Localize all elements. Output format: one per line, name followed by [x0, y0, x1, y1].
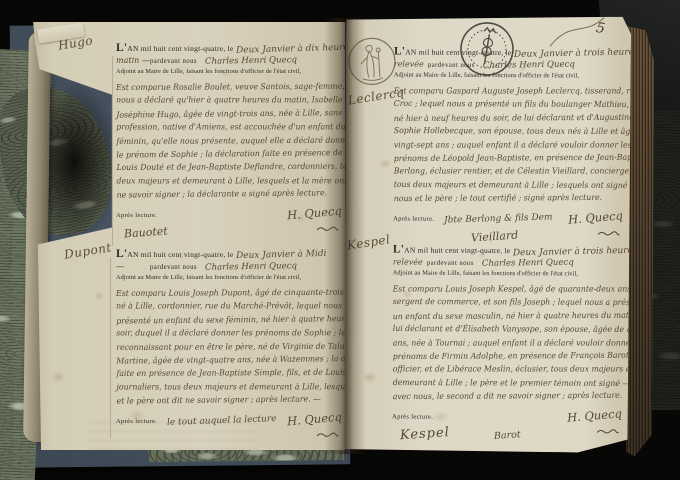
- signature-paraph-flourish-icon: [314, 426, 340, 450]
- witness-signature: Vieillard: [471, 228, 519, 244]
- handwritten-line: Est comparue Rosalie Boulet, veuve Santo…: [116, 80, 336, 95]
- handwritten-line: sergent de commerce, et son fils Joseph …: [393, 295, 617, 309]
- form-pardevant-line: — pardevant nous Charles Henri Quecq: [116, 262, 348, 274]
- page-number-flourish-icon: [546, 14, 610, 50]
- handwritten-body: Est comparu Gaspard Auguste Joseph Lecle…: [394, 84, 618, 205]
- handwritten-line: profession, native d'Amiens, est accouch…: [116, 121, 336, 135]
- officiant-signature: H. Quecq: [287, 409, 343, 428]
- signature-paraph-flourish-icon: [314, 220, 340, 244]
- form-date-line: L'AN mil huit cent vingt-quatre, le Deux…: [393, 244, 629, 259]
- handwritten-line: Est comparu Louis Joseph Kespel, âgé de …: [393, 282, 617, 295]
- handwritten-line: né hier à neuf heures du soir, de lui dé…: [394, 111, 618, 126]
- acte-entry-kespel: Kespel L'AN mil huit cent vingt-quatre, …: [392, 244, 629, 444]
- handwritten-line: faite en présence de Jean-Baptiste Simpl…: [116, 366, 336, 381]
- handwritten-officiant-name: Charles Henri Quecq: [205, 261, 297, 273]
- margin-annotation: Dupont: [63, 240, 112, 261]
- handwritten-date: Deux Janvier à Midi: [236, 249, 327, 261]
- handwritten-line: Louis Douté et de Jean-Baptiste Deflandr…: [116, 160, 336, 175]
- handwritten-line: Sophie Hollebecque, son épouse, tous deu…: [394, 124, 618, 138]
- closing-row: Après lecture. H. Quecq: [392, 407, 628, 422]
- printed-form-text: Adjoint au Maire de Lille, faisant les f…: [116, 274, 341, 285]
- handwritten-body: Est comparu Louis Joseph Dupont, âgé de …: [116, 286, 337, 408]
- printed-form-text: L'AN mil huit cent vingt-quatre, le: [116, 248, 233, 260]
- handwritten-line: Berlong, éclusier rentier, et de Célesti…: [394, 165, 618, 178]
- witness-signature: Barot: [494, 429, 521, 442]
- handwritten-line: Est comparu Louis Joseph Dupont, âgé de …: [116, 286, 336, 301]
- signatures-row: Kespel Barot: [392, 424, 628, 443]
- form-date-line: L'AN mil huit cent vingt-quatre, le Deux…: [116, 42, 348, 56]
- printed-form-text: L'AN mil huit cent vingt-quatre, le: [394, 46, 511, 59]
- handwritten-date-continuation: —: [116, 262, 150, 271]
- margin-crease-line: [110, 258, 111, 438]
- printed-form-text: Adjoint au Maire de Lille, faisant les f…: [394, 72, 623, 84]
- handwritten-line: ans, née à Tournai ; auquel enfant il a …: [393, 336, 617, 349]
- handwritten-line: avec nous, le second a dit ne savoir sig…: [393, 389, 617, 404]
- printed-form-text: L'AN mil huit cent vingt-quatre, le: [116, 42, 233, 54]
- apres-lecture-label: Après lecture.: [392, 413, 433, 420]
- witness-signature-inline: Jbte Berlong & fils Dem: [444, 212, 553, 225]
- printed-form-text: Adjoint au Maire de Lille, faisant les f…: [393, 270, 622, 282]
- handwritten-line: un enfant du sexe masculin, né hier à qu…: [393, 309, 617, 324]
- handwritten-body: Est comparu Louis Joseph Kespel, âgé de …: [393, 282, 617, 403]
- printed-form-text: L'AN mil huit cent vingt-quatre, le: [393, 244, 510, 257]
- closing-row: Après lecture. Jbte Berlong & fils Dem H…: [393, 209, 629, 224]
- handwritten-line: prénoms de Léopold Jean-Baptiste, en pré…: [394, 151, 618, 166]
- margin-annotation: Kespel: [346, 232, 391, 252]
- form-pardevant-line: matin — pardevant nous Charles Henri Que…: [116, 56, 348, 68]
- archival-book-scan: Hugo L'AN mil huit cent vingt-quatre, le…: [0, 0, 680, 480]
- declarant-signature: Bauotet: [124, 224, 169, 240]
- acte-entry-leclercq: Leclercq L'AN mil huit cent vingt-quatre…: [393, 46, 630, 246]
- handwritten-date-continuation: matin —: [116, 56, 150, 65]
- handwritten-line: le prénom de Sophie ; la déclaration fai…: [116, 146, 337, 162]
- handwritten-date-continuation: relevée: [393, 258, 427, 267]
- handwritten-officiant-name: Charles Henri Quecq: [205, 55, 297, 67]
- handwritten-line: prénoms de Firmin Adolphe, en présence d…: [393, 349, 617, 364]
- closing-row: Après lecture. H. Quecq: [116, 206, 348, 220]
- signatures-row: Vieillard: [393, 226, 629, 245]
- signatures-row: Bauotet: [116, 223, 348, 241]
- handwritten-officiant-name: Charles Henri Quecq: [482, 258, 574, 269]
- handwritten-line: officier, et de Libérace Meslin, éclusie…: [393, 363, 617, 376]
- handwritten-line: et le père ont dit ne savoir signer ; ap…: [117, 392, 338, 408]
- form-date-line: L'AN mil huit cent vingt-quatre, le Deux…: [394, 46, 630, 61]
- closing-row: Après lecture. le tout auquel la lecture…: [116, 412, 348, 426]
- right-page: 5 Leclercq L'AN mil huit cent vingt-quat…: [344, 15, 631, 452]
- printed-form-text: pardevant nous: [150, 58, 197, 65]
- form-date-line: L'AN mil huit cent vingt-quatre, le Deux…: [116, 248, 348, 262]
- apres-lecture-label: Après lecture.: [116, 418, 157, 425]
- signature-paraph-flourish-icon: [594, 422, 621, 446]
- handwritten-line: nous et le père ; le tout certifié ; sig…: [394, 191, 618, 206]
- printed-form-text: pardevant nous: [427, 260, 474, 267]
- signatures-row: [116, 429, 348, 447]
- handwritten-line: Croc ; lequel nous a présenté un fils du…: [394, 97, 618, 111]
- handwritten-line: Est comparu Gaspard Auguste Joseph Lecle…: [394, 84, 618, 97]
- handwritten-line: lui déclarant et d'Élisabeth Vanysope, s…: [393, 322, 617, 336]
- revenue-stamp-standing-figure-icon: [344, 34, 399, 89]
- handwritten-line: soir, duquel il a déclaré donner les pré…: [116, 327, 336, 341]
- officiant-signature: H. Quecq: [567, 406, 623, 424]
- printed-form-text: pardevant nous: [150, 264, 197, 271]
- officiant-signature: H. Quecq: [568, 208, 624, 226]
- margin-crease-line: [112, 56, 113, 246]
- handwritten-closing-note: le tout auquel la lecture: [167, 414, 277, 428]
- acte-entry-hugo: Hugo L'AN mil huit cent vingt-quatre, le…: [116, 42, 348, 241]
- handwritten-body: Est comparue Rosalie Boulet, veuve Santo…: [116, 80, 337, 202]
- officiant-signature: H. Quecq: [287, 203, 343, 222]
- handwritten-officiant-name: Charles Henri Quecq: [483, 60, 575, 71]
- apres-lecture-label: Après lecture.: [393, 215, 434, 222]
- acte-entry-dupont: Dupont L'AN mil huit cent vingt-quatre, …: [116, 248, 348, 447]
- handwritten-line: Martine, âgée de vingt-quatre ans, née à…: [116, 352, 337, 368]
- handwritten-line: ne savoir signer ; la déclarante a signé…: [117, 186, 338, 202]
- handwritten-line: vingt-sept ans ; auquel enfant il a décl…: [394, 138, 618, 151]
- declarant-signature: Kespel: [400, 425, 451, 443]
- handwritten-date-continuation: relevée: [394, 60, 428, 69]
- printed-form-text: pardevant nous: [428, 62, 475, 69]
- printed-form-text: Adjoint au Maire de Lille, faisant les f…: [116, 68, 341, 79]
- apres-lecture-label: Après lecture.: [116, 212, 157, 219]
- handwritten-line: né à Lille, cordonnier, rue du Marché-Pr…: [116, 300, 336, 314]
- handwritten-line: nous a déclaré qu'hier à quatre heures d…: [116, 94, 336, 108]
